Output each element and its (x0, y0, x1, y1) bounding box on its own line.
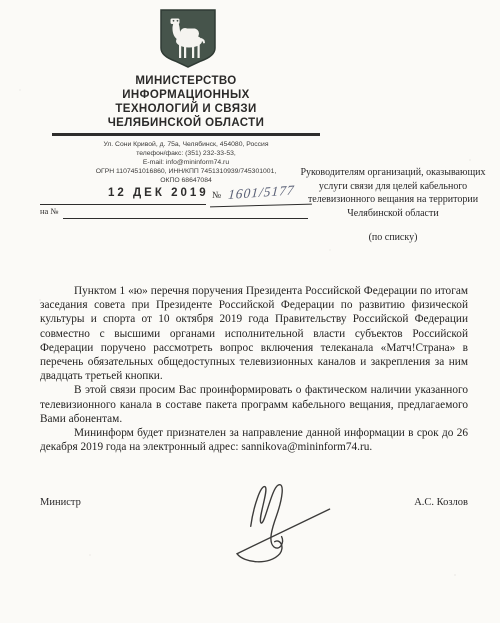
body-paragraph-3: Мининформ будет признателен за направлен… (40, 426, 468, 454)
scanned-letter-page: МИНИСТЕРСТВО ИНФОРМАЦИОННЫХ ТЕХНОЛОГИЙ И… (0, 0, 500, 623)
signer-role: Министр (40, 497, 81, 508)
date-stamp: 12 ДЕК 2019 (108, 187, 209, 199)
coat-of-arms-icon (158, 8, 218, 68)
incoming-ref-label: на № (40, 206, 59, 216)
incoming-ref-underline (63, 218, 308, 219)
contact-line: Ул. Сони Кривой, д. 75а, Челябинск, 4540… (38, 141, 334, 150)
ministry-name-line: ЧЕЛЯБИНСКОЙ ОБЛАСТИ (38, 116, 334, 130)
contact-line: E-mail: info@mininform74.ru (38, 159, 334, 168)
header-divider (52, 133, 320, 136)
recipient-block: Руководителям организаций, оказывающих у… (297, 166, 489, 245)
recipient-text: Руководителям организаций, оказывающих у… (297, 166, 489, 220)
contact-line: телефон/факс: (351) 232-33-53, (38, 150, 334, 159)
contact-info: Ул. Сони Кривой, д. 75а, Челябинск, 4540… (38, 141, 334, 186)
date-underline (40, 204, 206, 205)
handwritten-signature (225, 472, 345, 572)
signer-name: А.С. Козлов (414, 497, 468, 508)
ministry-name-line: ТЕХНОЛОГИЙ И СВЯЗИ (38, 102, 334, 116)
letter-body: Пунктом 1 «ю» перечня поручения Президен… (40, 284, 468, 454)
ministry-name: МИНИСТЕРСТВО ИНФОРМАЦИОННЫХ ТЕХНОЛОГИЙ И… (38, 74, 334, 130)
recipient-list-note: (по списку) (297, 231, 489, 245)
body-paragraph-2: В этой связи просим Вас проинформировать… (40, 383, 468, 426)
ministry-name-line: ИНФОРМАЦИОННЫХ (38, 88, 334, 102)
contact-line: ОГРН 1107451016860, ИНН/КПП 7451310939/7… (38, 168, 334, 177)
body-paragraph-1: Пунктом 1 «ю» перечня поручения Президен… (40, 284, 468, 383)
ministry-name-line: МИНИСТЕРСТВО (38, 74, 334, 88)
doc-number-label: № (212, 191, 221, 201)
